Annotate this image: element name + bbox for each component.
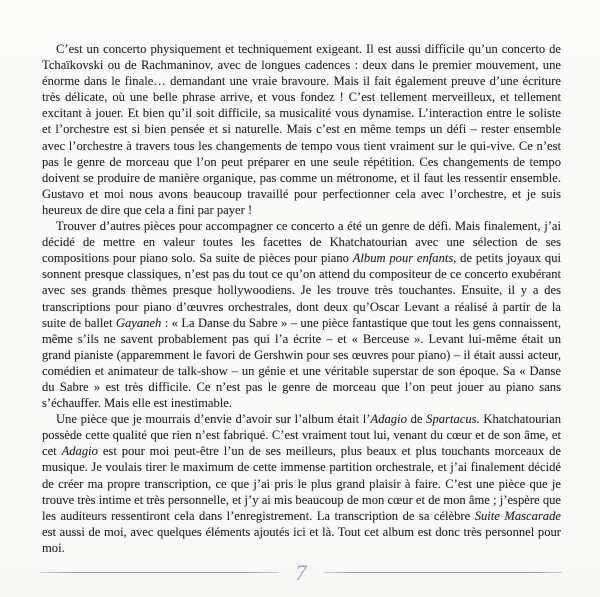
work-title-italic: Adagio — [371, 412, 407, 426]
work-title-italic: Adagio — [62, 444, 98, 458]
paragraph: C’est un concerto physiquement et techni… — [42, 41, 561, 218]
work-title-italic: Album pour enfants — [353, 251, 454, 265]
footer-rule-left — [40, 572, 279, 573]
booklet-page: C’est un concerto physiquement et techni… — [0, 0, 600, 597]
paragraph: Trouver d’autres pièces pour accompagner… — [42, 218, 561, 411]
page-footer: 7 — [40, 557, 562, 587]
work-title-italic: Gayaneh — [116, 316, 161, 330]
page-number: 7 — [279, 562, 324, 584]
text-run: est aussi de moi, avec quelques éléments… — [42, 525, 561, 555]
paragraph: Une pièce que je mourrais d’envie d’avoi… — [42, 411, 561, 556]
text-run: de — [407, 412, 426, 426]
text-run: Une pièce que je mourrais d’envie d’avoi… — [56, 412, 371, 426]
body-text: C’est un concerto physiquement et techni… — [42, 41, 561, 556]
text-run: C’est un concerto physiquement et techni… — [42, 42, 561, 217]
work-title-italic: Spartacus — [426, 412, 476, 426]
work-title-italic: Suite Mascarade — [475, 509, 561, 523]
footer-rule-right — [324, 572, 563, 573]
